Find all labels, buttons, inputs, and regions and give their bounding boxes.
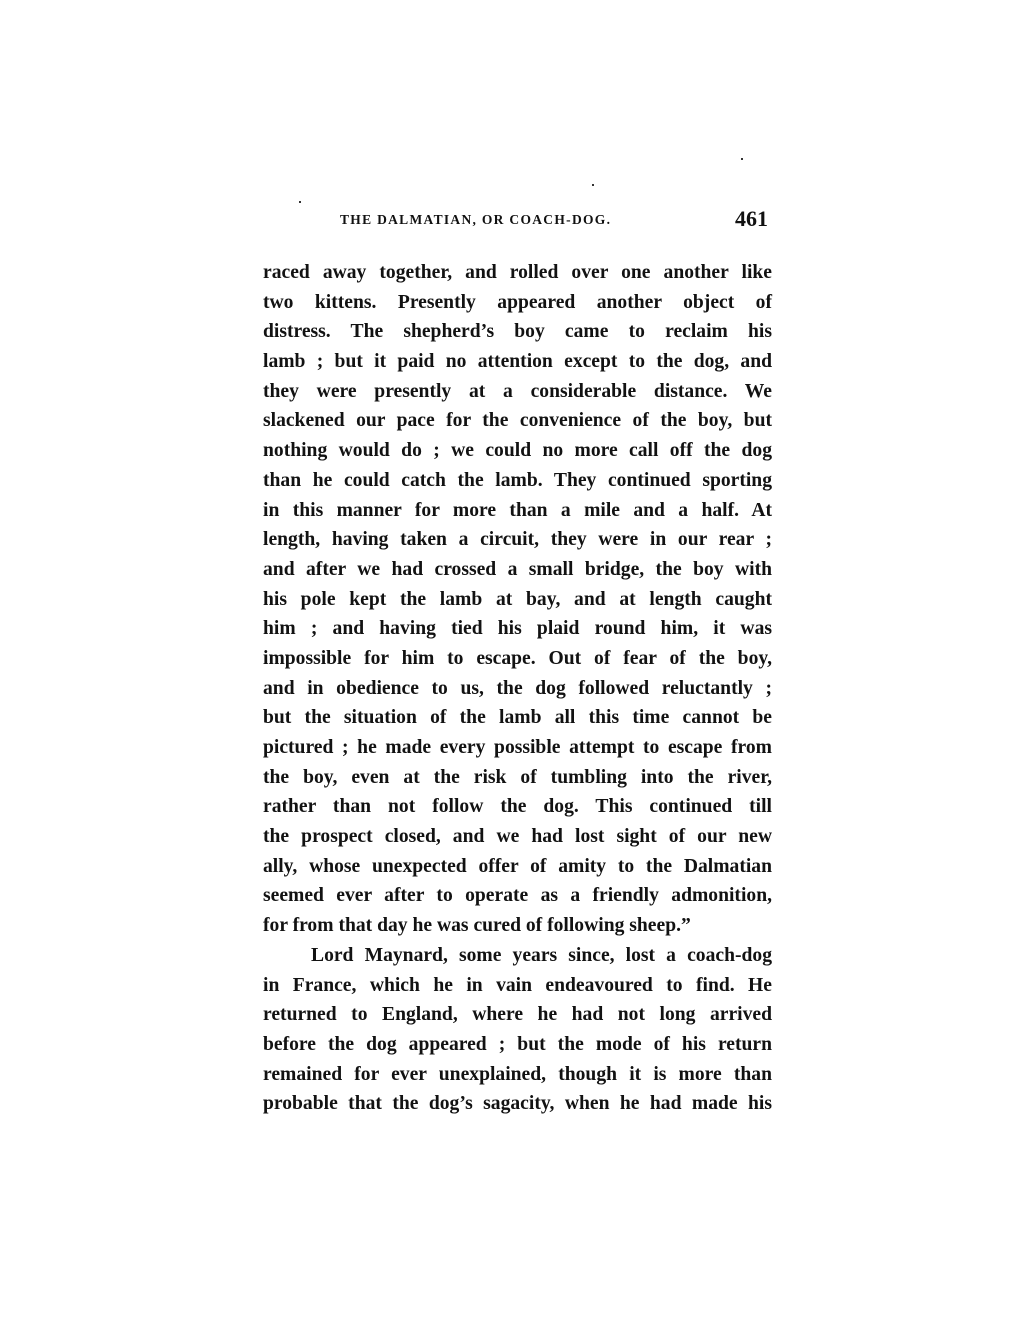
text-line: than he could catch the lamb. They conti… [263, 466, 772, 496]
text-line: lamb ; but it paid no attention except t… [263, 347, 772, 377]
scan-speck [741, 158, 743, 160]
text-line: probable that the dog’s sagacity, when h… [263, 1089, 772, 1119]
text-line: two kittens. Presently appeared another … [263, 288, 772, 318]
text-line: but the situation of the lamb all this t… [263, 703, 772, 733]
text-line: distress. The shepherd’s boy came to rec… [263, 317, 772, 347]
text-line: returned to England, where he had not lo… [263, 1000, 772, 1030]
text-line: for from that day he was cured of follow… [263, 911, 772, 941]
text-line: raced away together, and rolled over one… [263, 258, 772, 288]
text-line: they were presently at a considerable di… [263, 377, 772, 407]
text-line: before the dog appeared ; but the mode o… [263, 1030, 772, 1060]
body-text: raced away together, and rolled over one… [263, 258, 772, 1119]
text-line: ally, whose unexpected offer of amity to… [263, 852, 772, 882]
book-page: The Dalmatian, or Coach-Dog. 461 raced a… [0, 0, 1033, 1339]
text-line: nothing would do ; we could no more call… [263, 436, 772, 466]
text-line: the prospect closed, and we had lost sig… [263, 822, 772, 852]
running-title: The Dalmatian, or Coach-Dog. [340, 212, 611, 228]
text-line: slackened our pace for the convenience o… [263, 406, 772, 436]
text-line: length, having taken a circuit, they wer… [263, 525, 772, 555]
paragraph-continued: raced away together, and rolled over one… [263, 258, 772, 941]
running-header: The Dalmatian, or Coach-Dog. 461 [263, 208, 772, 234]
scan-speck [592, 184, 594, 186]
text-line: impossible for him to escape. Out of fea… [263, 644, 772, 674]
text-line: pictured ; he made every possible attemp… [263, 733, 772, 763]
text-line: him ; and having tied his plaid round hi… [263, 614, 772, 644]
text-line: his pole kept the lamb at bay, and at le… [263, 585, 772, 615]
text-line: Lord Maynard, some years since, lost a c… [263, 941, 772, 971]
page-number: 461 [735, 206, 768, 232]
text-line: in France, which he in vain endeavoured … [263, 971, 772, 1001]
text-line: and after we had crossed a small bridge,… [263, 555, 772, 585]
scan-speck [299, 201, 301, 203]
text-line: remained for ever unexplained, though it… [263, 1060, 772, 1090]
paragraph-lord-maynard: Lord Maynard, some years since, lost a c… [263, 941, 772, 1119]
text-line: rather than not follow the dog. This con… [263, 792, 772, 822]
text-line: seemed ever after to operate as a friend… [263, 881, 772, 911]
text-line: and in obedience to us, the dog followed… [263, 674, 772, 704]
text-line: in this manner for more than a mile and … [263, 496, 772, 526]
text-line: the boy, even at the risk of tumbling in… [263, 763, 772, 793]
